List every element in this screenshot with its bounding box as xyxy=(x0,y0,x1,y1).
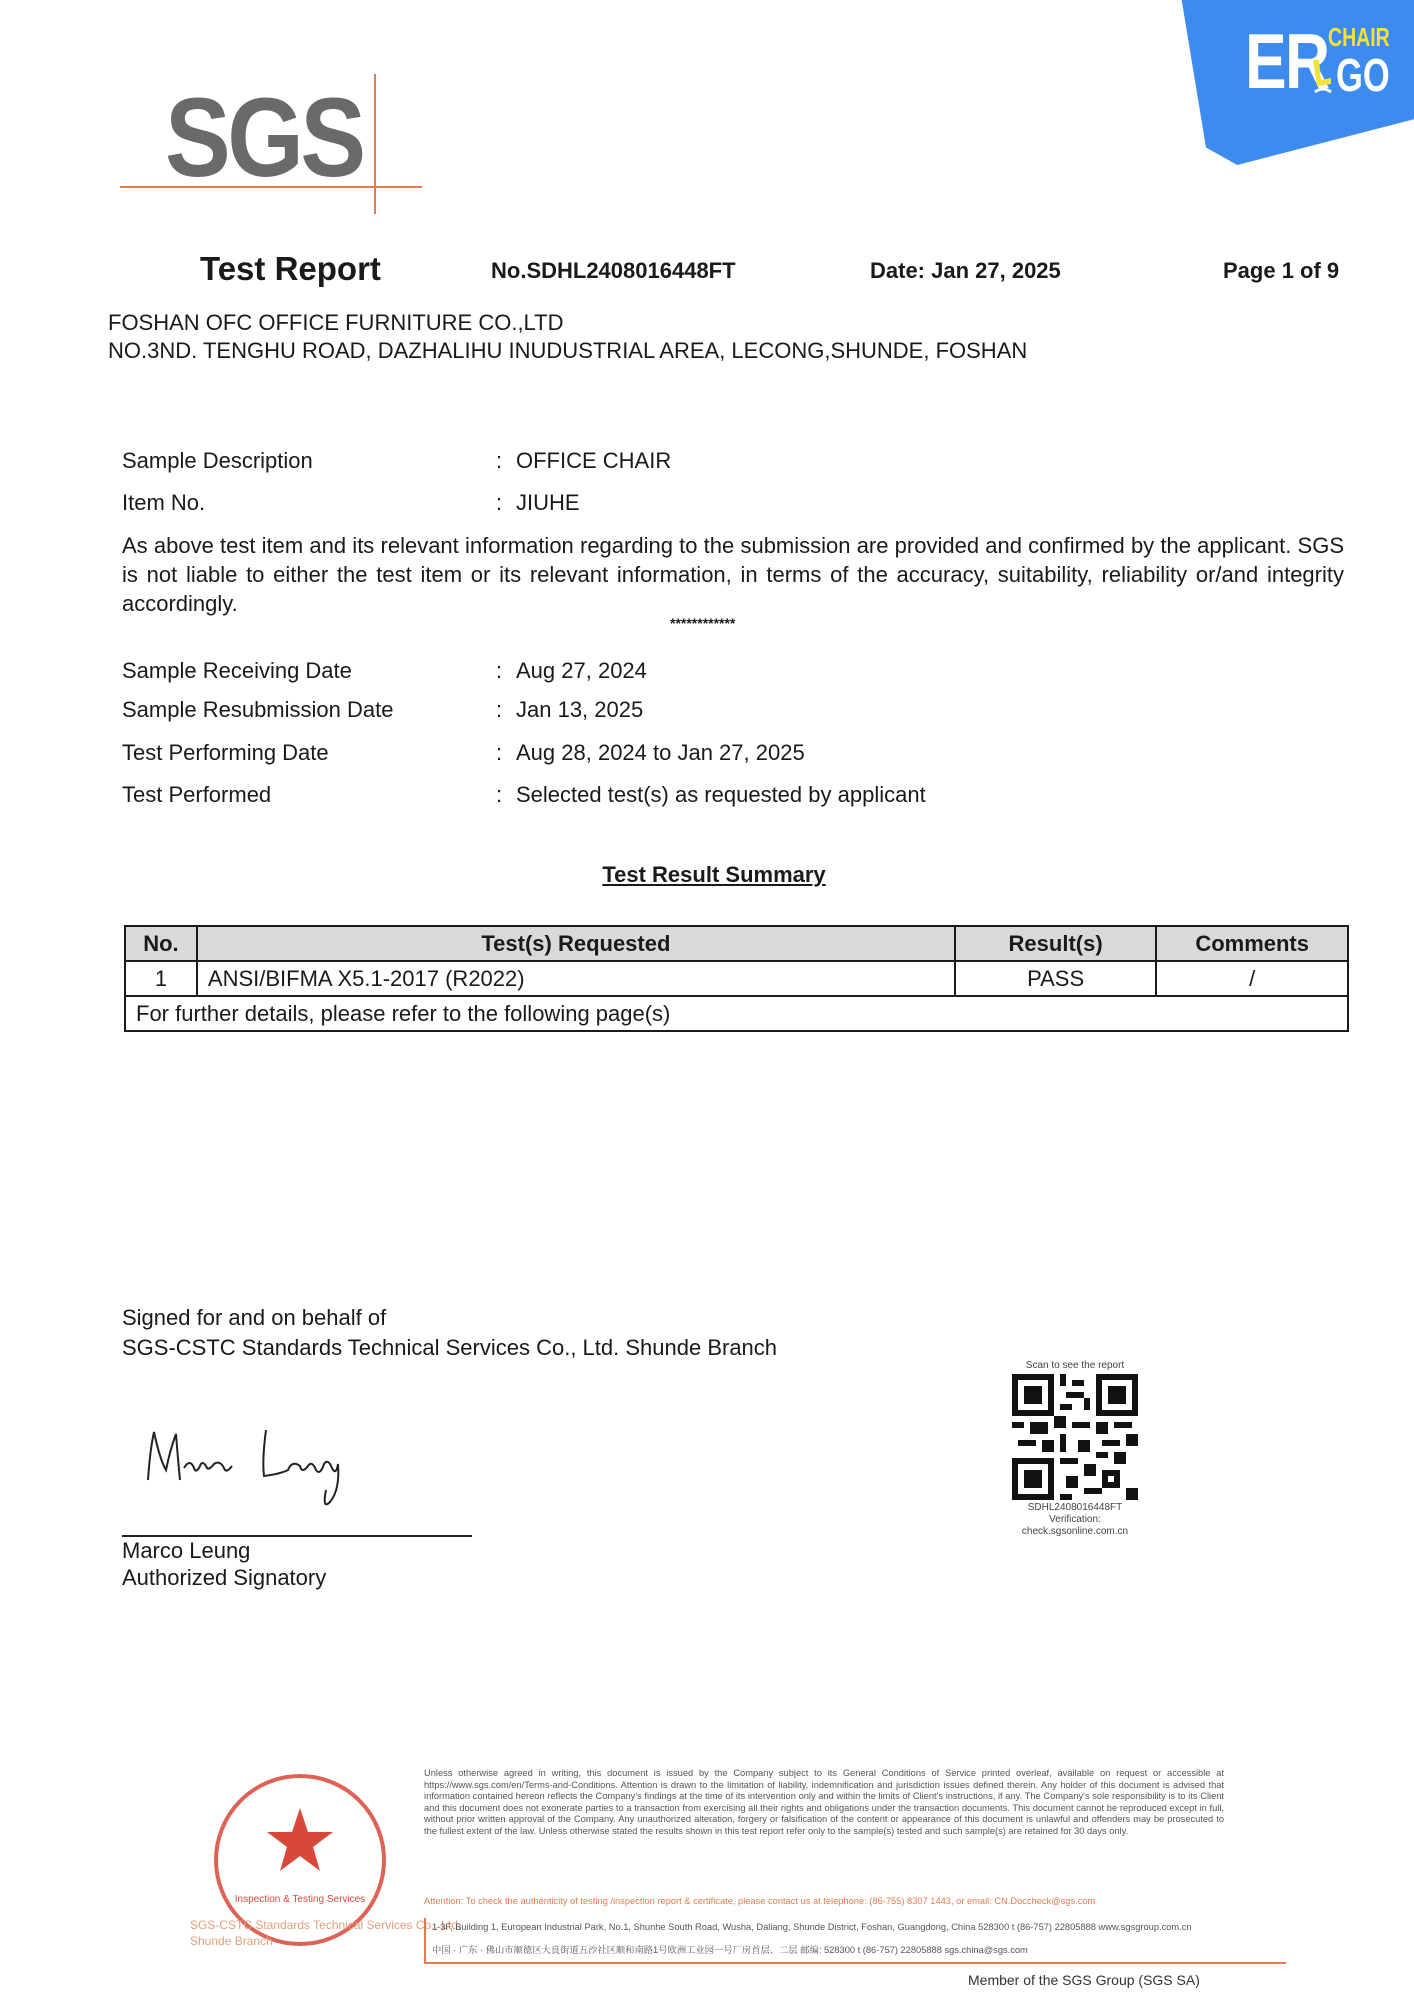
sample-description-value: OFFICE CHAIR xyxy=(516,448,671,474)
page-number: Page 1 of 9 xyxy=(1223,258,1339,284)
authenticity-notice: Attention: To check the authenticity of … xyxy=(424,1896,1224,1908)
sgs-logo: SGS xyxy=(165,82,363,194)
header-no: No. xyxy=(125,926,197,961)
colon: : xyxy=(496,448,502,474)
summary-title-text: Test Result Summary xyxy=(602,862,825,887)
resubmission-date-label: Sample Resubmission Date xyxy=(122,697,393,723)
seal-text: Inspection & Testing Services xyxy=(235,1894,365,1905)
logo-rule-vertical xyxy=(374,74,376,214)
terms-fine-print: Unless otherwise agreed in writing, this… xyxy=(424,1768,1224,1838)
qr-verification-label: Verification: xyxy=(1010,1514,1140,1525)
document-title: Test Report xyxy=(200,250,381,288)
colon: : xyxy=(496,782,502,808)
row-comments: / xyxy=(1156,961,1348,996)
report-date: Date: Jan 27, 2025 xyxy=(870,258,1061,284)
qr-verification-site: check.sgsonline.com.cn xyxy=(1010,1526,1140,1537)
footer-address-cn: 中国 · 广东 · 佛山市顺德区大良街道五沙社区顺和南路1号欧洲工业园一号厂房首… xyxy=(432,1942,1028,1956)
brand-logo-go: GO xyxy=(1336,52,1390,98)
signing-company: SGS-CSTC Standards Technical Services Co… xyxy=(122,1335,777,1361)
signed-for-line: Signed for and on behalf of xyxy=(122,1305,386,1331)
report-number: No.SDHL2408016448FT xyxy=(491,258,736,284)
seal-caption-branch: Shunde Branch xyxy=(190,1934,273,1948)
receiving-date-value: Aug 27, 2024 xyxy=(516,658,647,684)
header-comments: Comments xyxy=(1156,926,1348,961)
footer-address-en: 1-3F, Building 1, European Industrial Pa… xyxy=(432,1922,1192,1932)
colon: : xyxy=(496,697,502,723)
row-result: PASS xyxy=(955,961,1156,996)
qr-report-code: SDHL2408016448FT xyxy=(1010,1502,1140,1513)
summary-title: Test Result Summary xyxy=(0,862,1414,888)
footer-rule-horizontal xyxy=(424,1962,1286,1964)
qr-code-icon[interactable] xyxy=(1012,1374,1138,1500)
header-test: Test(s) Requested xyxy=(197,926,955,961)
separator: ************ xyxy=(670,615,735,631)
row-test: ANSI/BIFMA X5.1-2017 (R2022) xyxy=(197,961,955,996)
test-performed-value: Selected test(s) as requested by applica… xyxy=(516,782,926,808)
test-performed-label: Test Performed xyxy=(122,782,271,808)
chair-icon xyxy=(1311,58,1333,98)
performing-date-value: Aug 28, 2024 to Jan 27, 2025 xyxy=(516,740,805,766)
footer-rule-vertical xyxy=(424,1918,426,1964)
applicant-address: NO.3ND. TENGHU ROAD, DAZHALIHU INUDUSTRI… xyxy=(108,338,1027,364)
signature-line xyxy=(122,1535,472,1537)
logo-rule-horizontal xyxy=(120,186,422,188)
colon: : xyxy=(496,740,502,766)
receiving-date-label: Sample Receiving Date xyxy=(122,658,352,684)
brand-logo-chair: CHAIR xyxy=(1328,24,1390,50)
applicant-name: FOSHAN OFC OFFICE FURNITURE CO.,LTD xyxy=(108,310,563,336)
handwritten-signature xyxy=(140,1420,370,1515)
row-no: 1 xyxy=(125,961,197,996)
item-no-label: Item No. xyxy=(122,490,205,516)
table-row: 1 ANSI/BIFMA X5.1-2017 (R2022) PASS / xyxy=(125,961,1348,996)
sample-description-label: Sample Description xyxy=(122,448,313,474)
seal-caption-company: SGS-CSTC Standards Technical Services Co… xyxy=(190,1918,461,1932)
colon: : xyxy=(496,658,502,684)
results-table: No. Test(s) Requested Result(s) Comments… xyxy=(124,925,1349,1032)
sgs-membership: Member of the SGS Group (SGS SA) xyxy=(968,1972,1200,1988)
signatory-name: Marco Leung xyxy=(122,1538,250,1564)
table-header-row: No. Test(s) Requested Result(s) Comments xyxy=(125,926,1348,961)
signatory-role: Authorized Signatory xyxy=(122,1565,326,1591)
table-footnote-row: For further details, please refer to the… xyxy=(125,996,1348,1031)
header-result: Result(s) xyxy=(955,926,1156,961)
performing-date-label: Test Performing Date xyxy=(122,740,329,766)
qr-caption: Scan to see the report xyxy=(1010,1360,1140,1371)
item-no-value: JIUHE xyxy=(516,490,580,516)
resubmission-date-value: Jan 13, 2025 xyxy=(516,697,643,723)
applicant-disclaimer: As above test item and its relevant info… xyxy=(122,531,1344,618)
colon: : xyxy=(496,490,502,516)
table-footnote: For further details, please refer to the… xyxy=(125,996,1348,1031)
